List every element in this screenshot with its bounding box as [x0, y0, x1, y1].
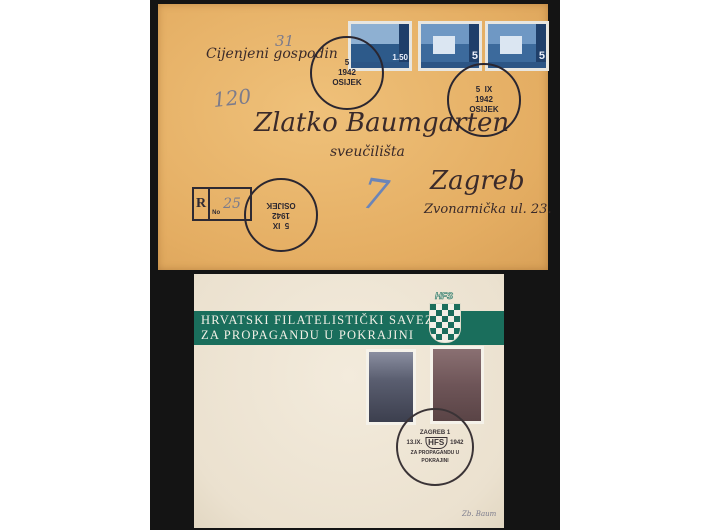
banner-line-1: HRVATSKI FILATELISTIČKI SAVEZ	[201, 313, 434, 328]
postmark-ring-top: ZAGREB 1	[406, 429, 463, 437]
special-event-cover: HRVATSKI FILATELISTIČKI SAVEZ ZA PROPAGA…	[194, 274, 504, 528]
postmark-city: OSIJEK	[266, 200, 295, 210]
blue-pencil-mark: 7	[359, 168, 392, 220]
stamp-5-left: 5	[418, 21, 482, 71]
registration-number: 25	[220, 196, 241, 212]
postmark-osijek-1: 5 1942 OSIJEK	[310, 36, 384, 110]
postmark-day: 5	[332, 58, 361, 68]
postmark-day: 5	[476, 85, 480, 94]
stamp-denomination: 5	[539, 50, 545, 62]
addressee-street: Zvonarnička ul. 23.	[424, 202, 552, 217]
postmark-city: OSIJEK	[469, 105, 498, 115]
pencil-note-120: 120	[212, 84, 252, 112]
addressee-title: sveučilišta	[330, 144, 405, 160]
postmark-zagreb: ZAGREB 1 13.IX. HFS 1942 ZA PROPAGANDU U…	[396, 408, 474, 486]
postmark-year: 1942	[332, 68, 361, 78]
postmark-year: 1942	[450, 439, 463, 447]
postmark-year: 1942	[266, 210, 295, 220]
pencil-note: Zb. Baum	[462, 510, 496, 518]
postmark-osijek-3: 5 IX 1942 OSIJEK	[244, 178, 318, 252]
registration-letter: R	[194, 189, 210, 219]
addressee-city: Zagreb	[430, 166, 525, 196]
stamp-denomination: 1.50	[392, 53, 408, 62]
postmark-month: IX	[485, 85, 493, 94]
postmark-city: OSIJEK	[332, 78, 361, 88]
stamp-denomination: 5	[472, 50, 478, 62]
checkerboard-shield-icon	[429, 303, 461, 343]
postmark-ring-bottom: ZA PROPAGANDU U POKRAJINI	[406, 449, 463, 465]
registration-label: R No 25	[192, 187, 252, 221]
banner-line-2: ZA PROPAGANDU U POKRAJINI	[201, 328, 434, 343]
hfs-logo-text: HFS	[429, 291, 459, 301]
registration-number-prefix: No	[210, 210, 220, 216]
postmark-year: 1942	[469, 95, 498, 105]
banner-text: HRVATSKI FILATELISTIČKI SAVEZ ZA PROPAGA…	[201, 313, 434, 343]
hfs-monogram: HFS	[425, 437, 447, 449]
postmark-osijek-2: 5 IX 1942 OSIJEK	[447, 63, 521, 137]
postmark-date: 13.IX.	[406, 439, 422, 447]
postmark-month: IX	[273, 221, 281, 230]
stamp-5-right: 5	[485, 21, 549, 71]
postmark-day: 5	[285, 221, 289, 230]
stamp-town-gate	[366, 349, 416, 425]
registered-envelope: 31 Cijenjeni gospodin 120 Zlatko Baumgar…	[158, 4, 548, 270]
